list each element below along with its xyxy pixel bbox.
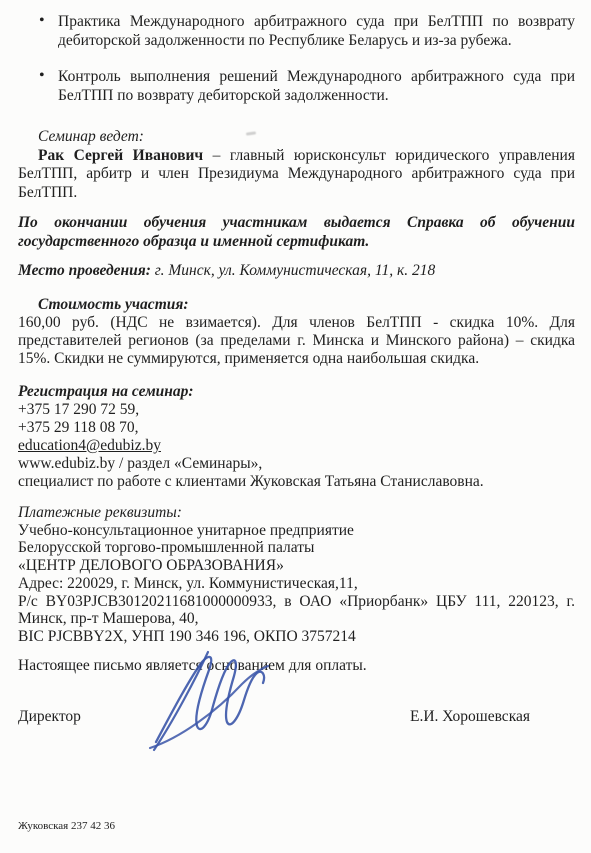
seminar-leader-name: Рак Сергей Иванович: [38, 147, 203, 164]
cost-text: 160,00 руб. (НДС не взимается). Для член…: [18, 314, 575, 368]
payment-org-line-3: «ЦЕНТР ДЕЛОВОГО ОБРАЗОВАНИЯ»: [18, 557, 575, 575]
footer-contact: Жуковская 237 42 36: [18, 820, 115, 833]
signature-row: Директор Е.И. Хорошевская: [18, 708, 575, 726]
payment-org-line-2: Белорусской торгово-промышленной палаты: [18, 539, 575, 557]
seminar-leader-label: Семинар ведет:: [18, 128, 575, 147]
certificate-note: По окончании обучения участникам выдаетс…: [18, 214, 575, 251]
registration-email-link[interactable]: education4@edubiz.by: [18, 437, 161, 454]
director-name: Е.И. Хорошевская: [410, 708, 530, 726]
registration-phone-1: +375 17 290 72 59,: [18, 401, 575, 419]
payment-bank-codes: BIC PJCBBY2X, УНП 190 346 196, ОКПО 3757…: [18, 628, 575, 646]
topic-item: Контроль выполнения решений Международно…: [58, 67, 575, 105]
venue-line: Место проведения: г. Минск, ул. Коммунис…: [18, 262, 575, 280]
cost-label: Стоимость участия:: [18, 296, 575, 314]
document-page: Практика Международного арбитражного суд…: [0, 0, 591, 853]
payment-details-block: Платежные реквизиты: Учебно-консультацио…: [18, 504, 575, 646]
director-title: Директор: [18, 708, 81, 726]
registration-phone-2: +375 29 118 08 70,: [18, 419, 575, 437]
registration-website: www.edubiz.by / раздел «Семинары»,: [18, 455, 575, 473]
topic-list: Практика Международного арбитражного суд…: [18, 12, 575, 105]
venue-value: г. Минск, ул. Коммунистическая, 11, к. 2…: [151, 262, 435, 279]
venue-label: Место проведения:: [18, 262, 151, 279]
registration-label: Регистрация на семинар:: [18, 383, 575, 401]
payment-address: Адрес: 220029, г. Минск, ул. Коммунистич…: [18, 575, 575, 593]
registration-contact: специалист по работе с клиентами Жуковск…: [18, 473, 575, 491]
payment-org-line-1: Учебно-консультационное унитарное предпр…: [18, 522, 575, 540]
payment-basis-note: Настоящее письмо является основанием для…: [18, 657, 575, 675]
topic-item: Практика Международного арбитражного суд…: [58, 12, 575, 50]
payment-details-label: Платежные реквизиты:: [18, 504, 575, 522]
payment-account: Р/с BY03PJCB30120211681000000933, в ОАО …: [18, 593, 575, 628]
seminar-leader-description: Рак Сергей Иванович – главный юрисконсул…: [18, 147, 575, 203]
